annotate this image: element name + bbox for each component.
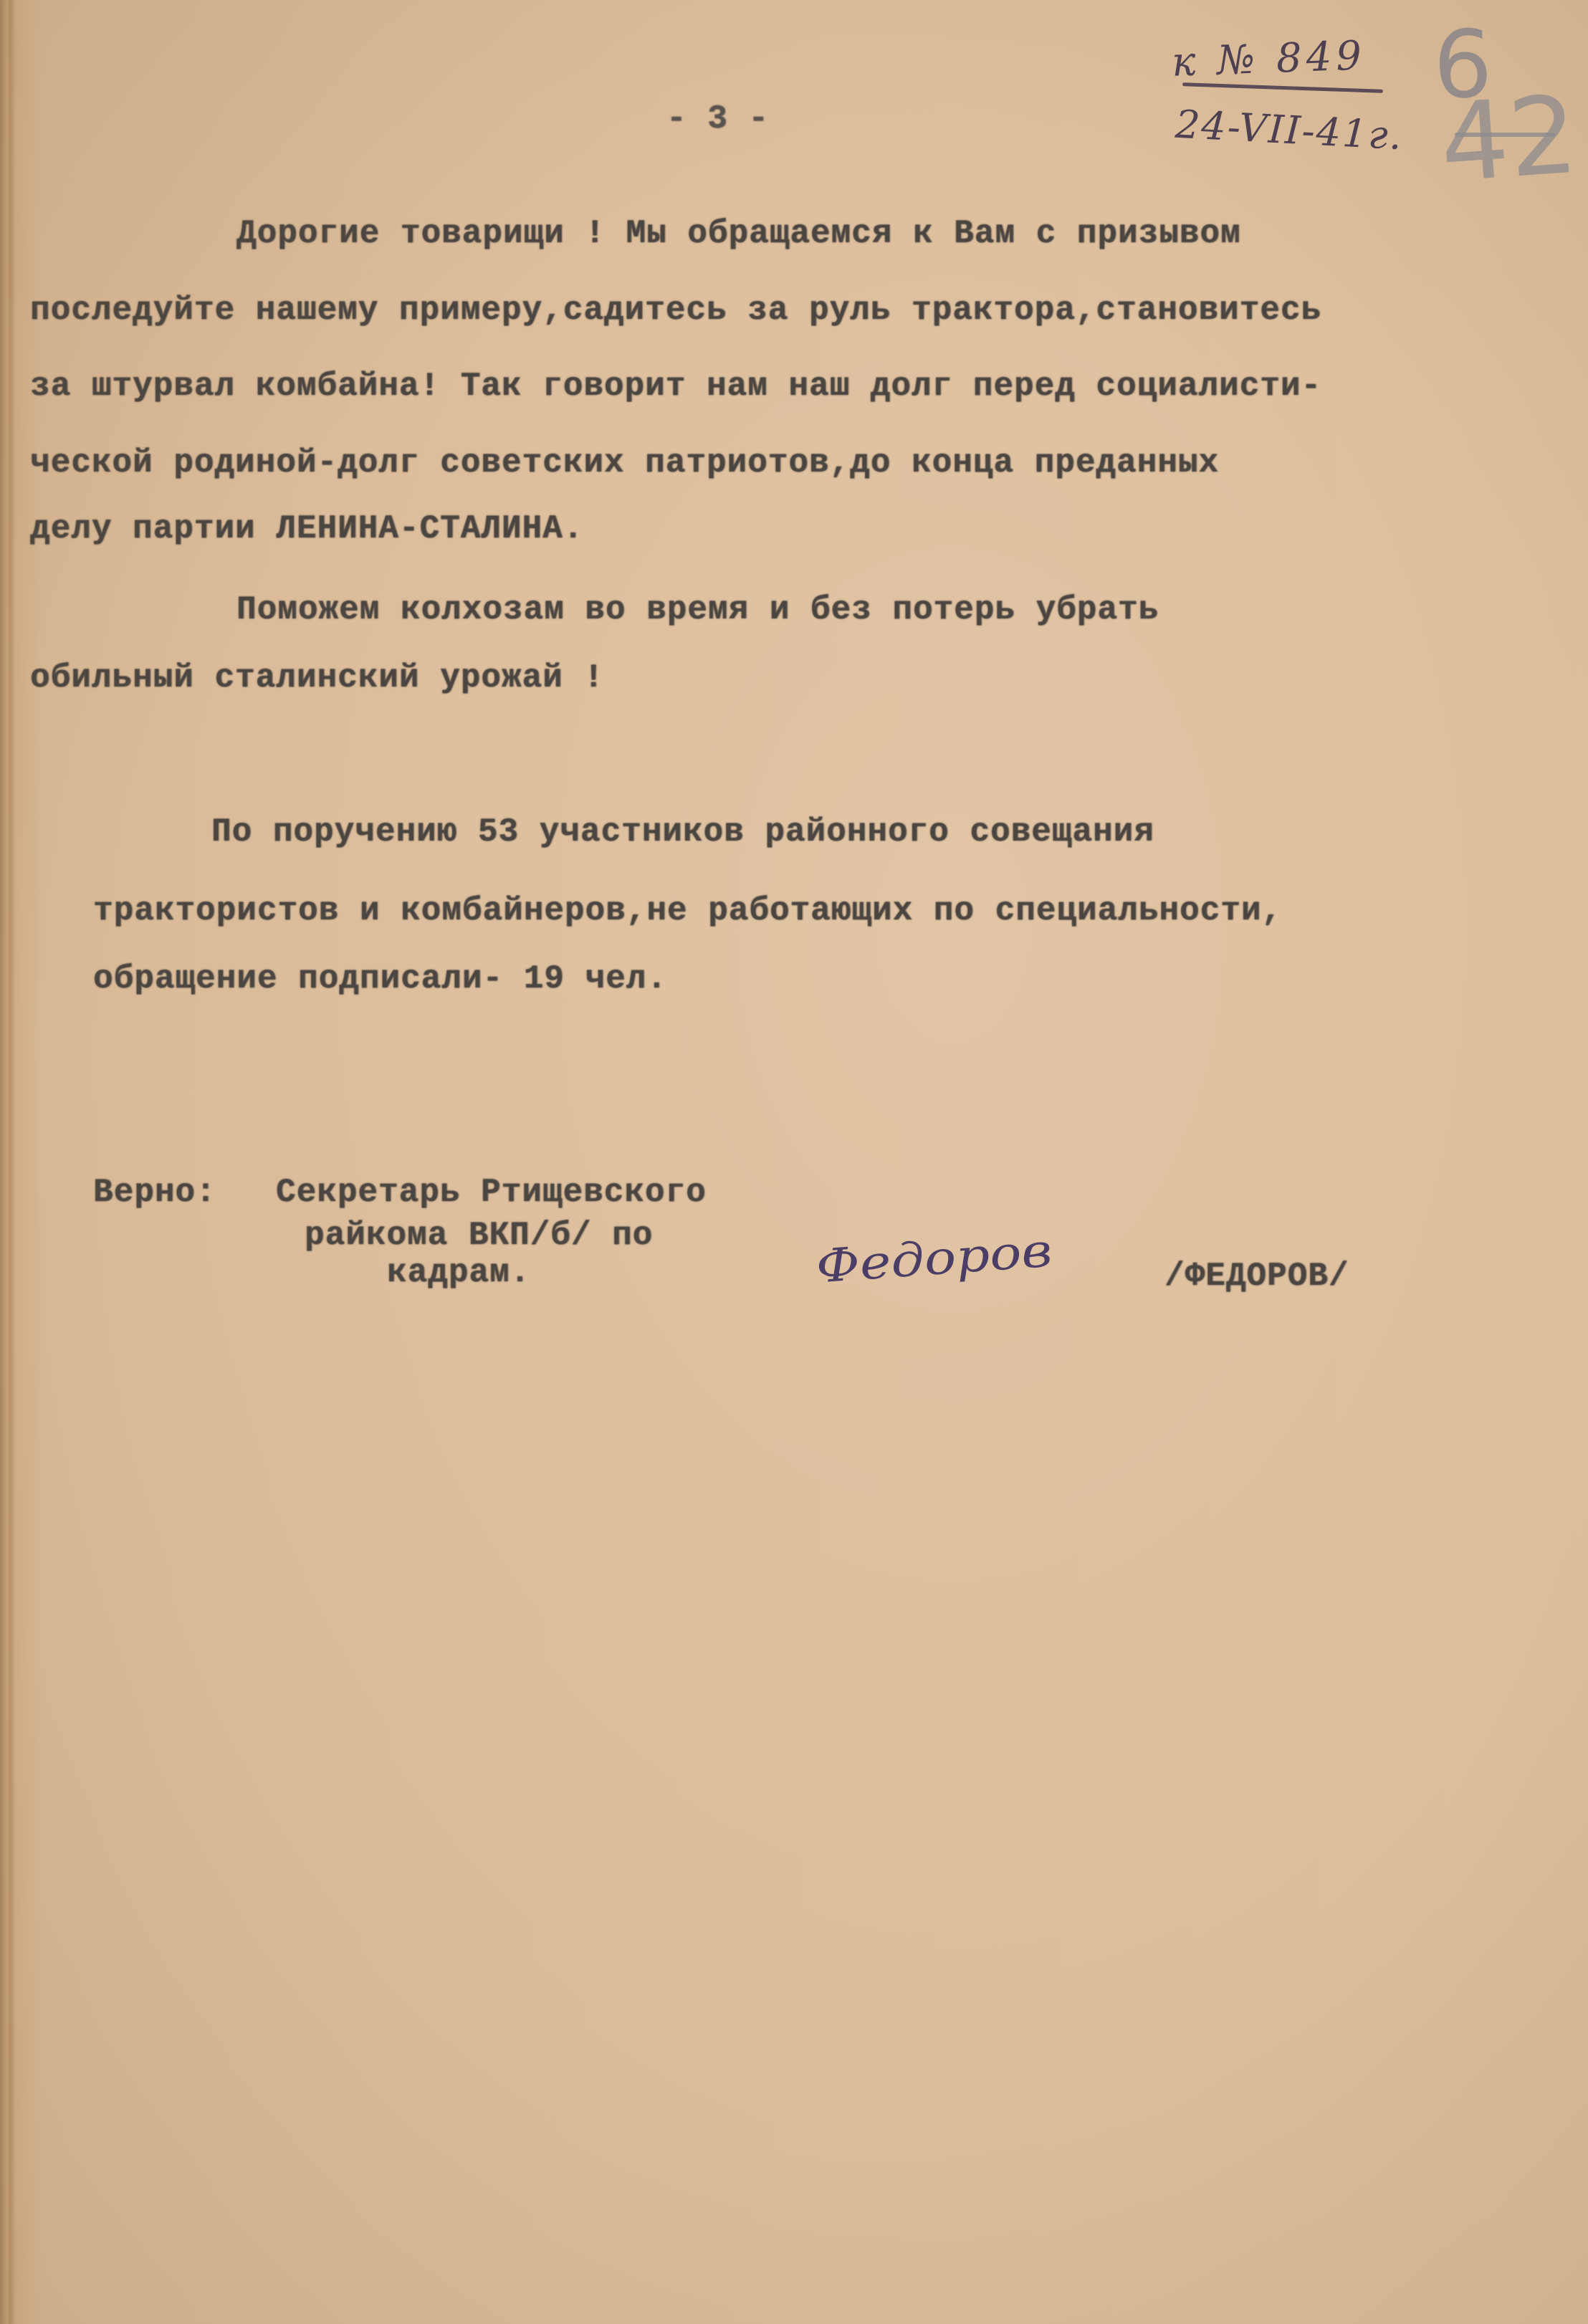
signatory-name: /ФЕДОРОВ/ bbox=[1164, 1258, 1349, 1295]
body-line: ческой родиной-долг советских патриотов,… bbox=[30, 444, 1219, 482]
signatory-title-line: райкома ВКП/б/ по bbox=[305, 1217, 653, 1254]
registration-divider bbox=[1182, 82, 1383, 93]
body-line: делу партии ЛЕНИНА-СТАЛИНА. bbox=[30, 510, 583, 547]
signatory-title-line: Секретарь Ртищевского bbox=[276, 1174, 707, 1211]
body-line: трактористов и комбайнеров,не работающих… bbox=[93, 892, 1282, 929]
folio-strikethrough bbox=[1455, 133, 1555, 137]
body-line: Дорогие товарищи ! Мы обращаемся к Вам с… bbox=[236, 215, 1241, 252]
signatory-title-line: кадрам. bbox=[387, 1254, 530, 1291]
body-line: По поручению 53 участников районного сов… bbox=[211, 813, 1154, 851]
body-line: последуйте нашему примеру,садитесь за ру… bbox=[30, 292, 1321, 329]
handwritten-signature: Федоров bbox=[814, 1225, 1053, 1294]
body-line: обращение подписали- 19 чел. bbox=[93, 960, 667, 998]
registration-date: 24-VII-41г. bbox=[1175, 102, 1405, 159]
body-line: за штурвал комбайна! Так говорит нам наш… bbox=[30, 368, 1321, 405]
page-number: - 3 - bbox=[666, 100, 769, 138]
folio-number-previous: 42 bbox=[1437, 82, 1581, 199]
document-page: - 3 - к № 849 24-VII-41г. 6 42 Дорогие т… bbox=[0, 0, 1588, 2324]
body-line: обильный сталинский урожай ! bbox=[30, 659, 604, 697]
folio-number: 6 bbox=[1433, 18, 1493, 111]
registration-number: к № 849 bbox=[1171, 32, 1367, 85]
body-line: Поможем колхозам во время и без потерь у… bbox=[236, 591, 1159, 628]
certification-label: Верно: bbox=[93, 1174, 216, 1211]
